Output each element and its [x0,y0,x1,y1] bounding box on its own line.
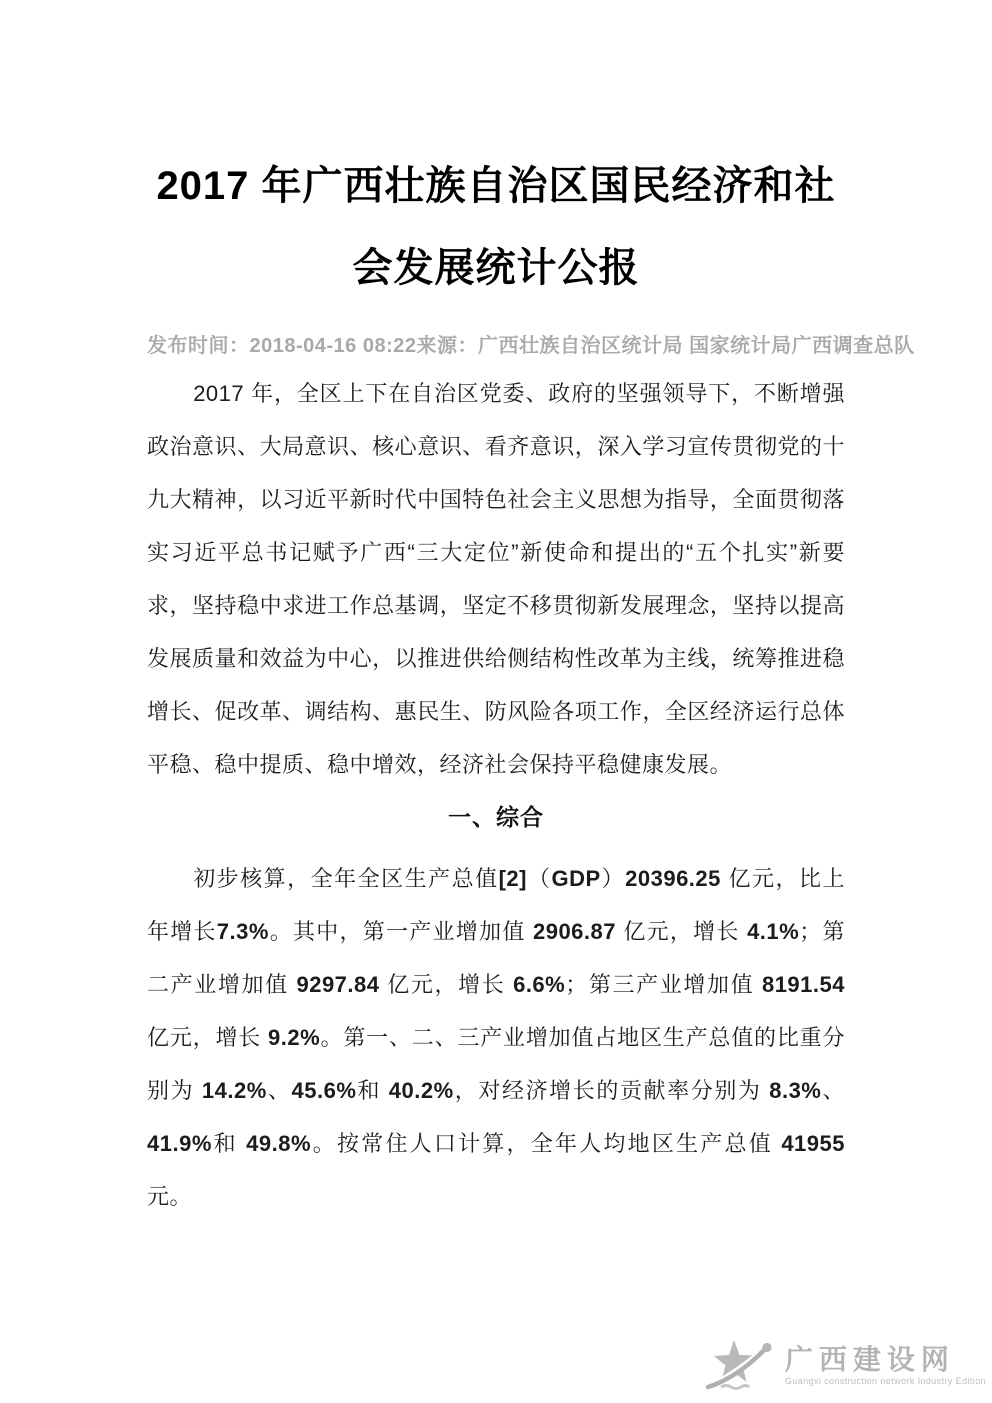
watermark-text: 广西建设网 Guangxi construction network Indus… [785,1345,986,1386]
document-content: 2017 年广西壮族自治区国民经济和社 会发展统计公报 发布时间：2018-04… [147,145,845,1223]
watermark-tagline: Guangxi construction network Industry Ed… [785,1376,986,1386]
source-label: 来源： [417,335,479,357]
page-title-line-1: 2017 年广西壮族自治区国民经济和社 [147,145,845,227]
section-heading-overview: 一、综合 [147,791,845,844]
watermark-site-name: 广西建设网 [785,1345,955,1375]
publish-time-label: 发布时间： [147,335,250,357]
intro-paragraph: 2017 年，全区上下在自治区党委、政府的坚强领导下，不断增强政治意识、大局意识… [147,367,845,791]
page-title: 2017 年广西壮族自治区国民经济和社 会发展统计公报 [147,145,845,309]
gdp-paragraph: 初步核算，全年全区生产总值[2]（GDP）20396.25 亿元，比上年增长7.… [147,852,845,1223]
publish-time-value: 2018-04-16 08:22 [250,335,417,357]
document-page: 2017 年广西壮族自治区国民经济和社 会发展统计公报 发布时间：2018-04… [0,0,992,1403]
page-title-line-2: 会发展统计公报 [147,227,845,309]
star-logo-icon [701,1335,779,1395]
source-value: 广西壮族自治区统计局 国家统计局广西调查总队 [478,335,915,357]
publish-meta: 发布时间：2018-04-16 08:22来源：广西壮族自治区统计局 国家统计局… [147,333,845,359]
site-watermark: 广西建设网 Guangxi construction network Indus… [701,1335,986,1395]
